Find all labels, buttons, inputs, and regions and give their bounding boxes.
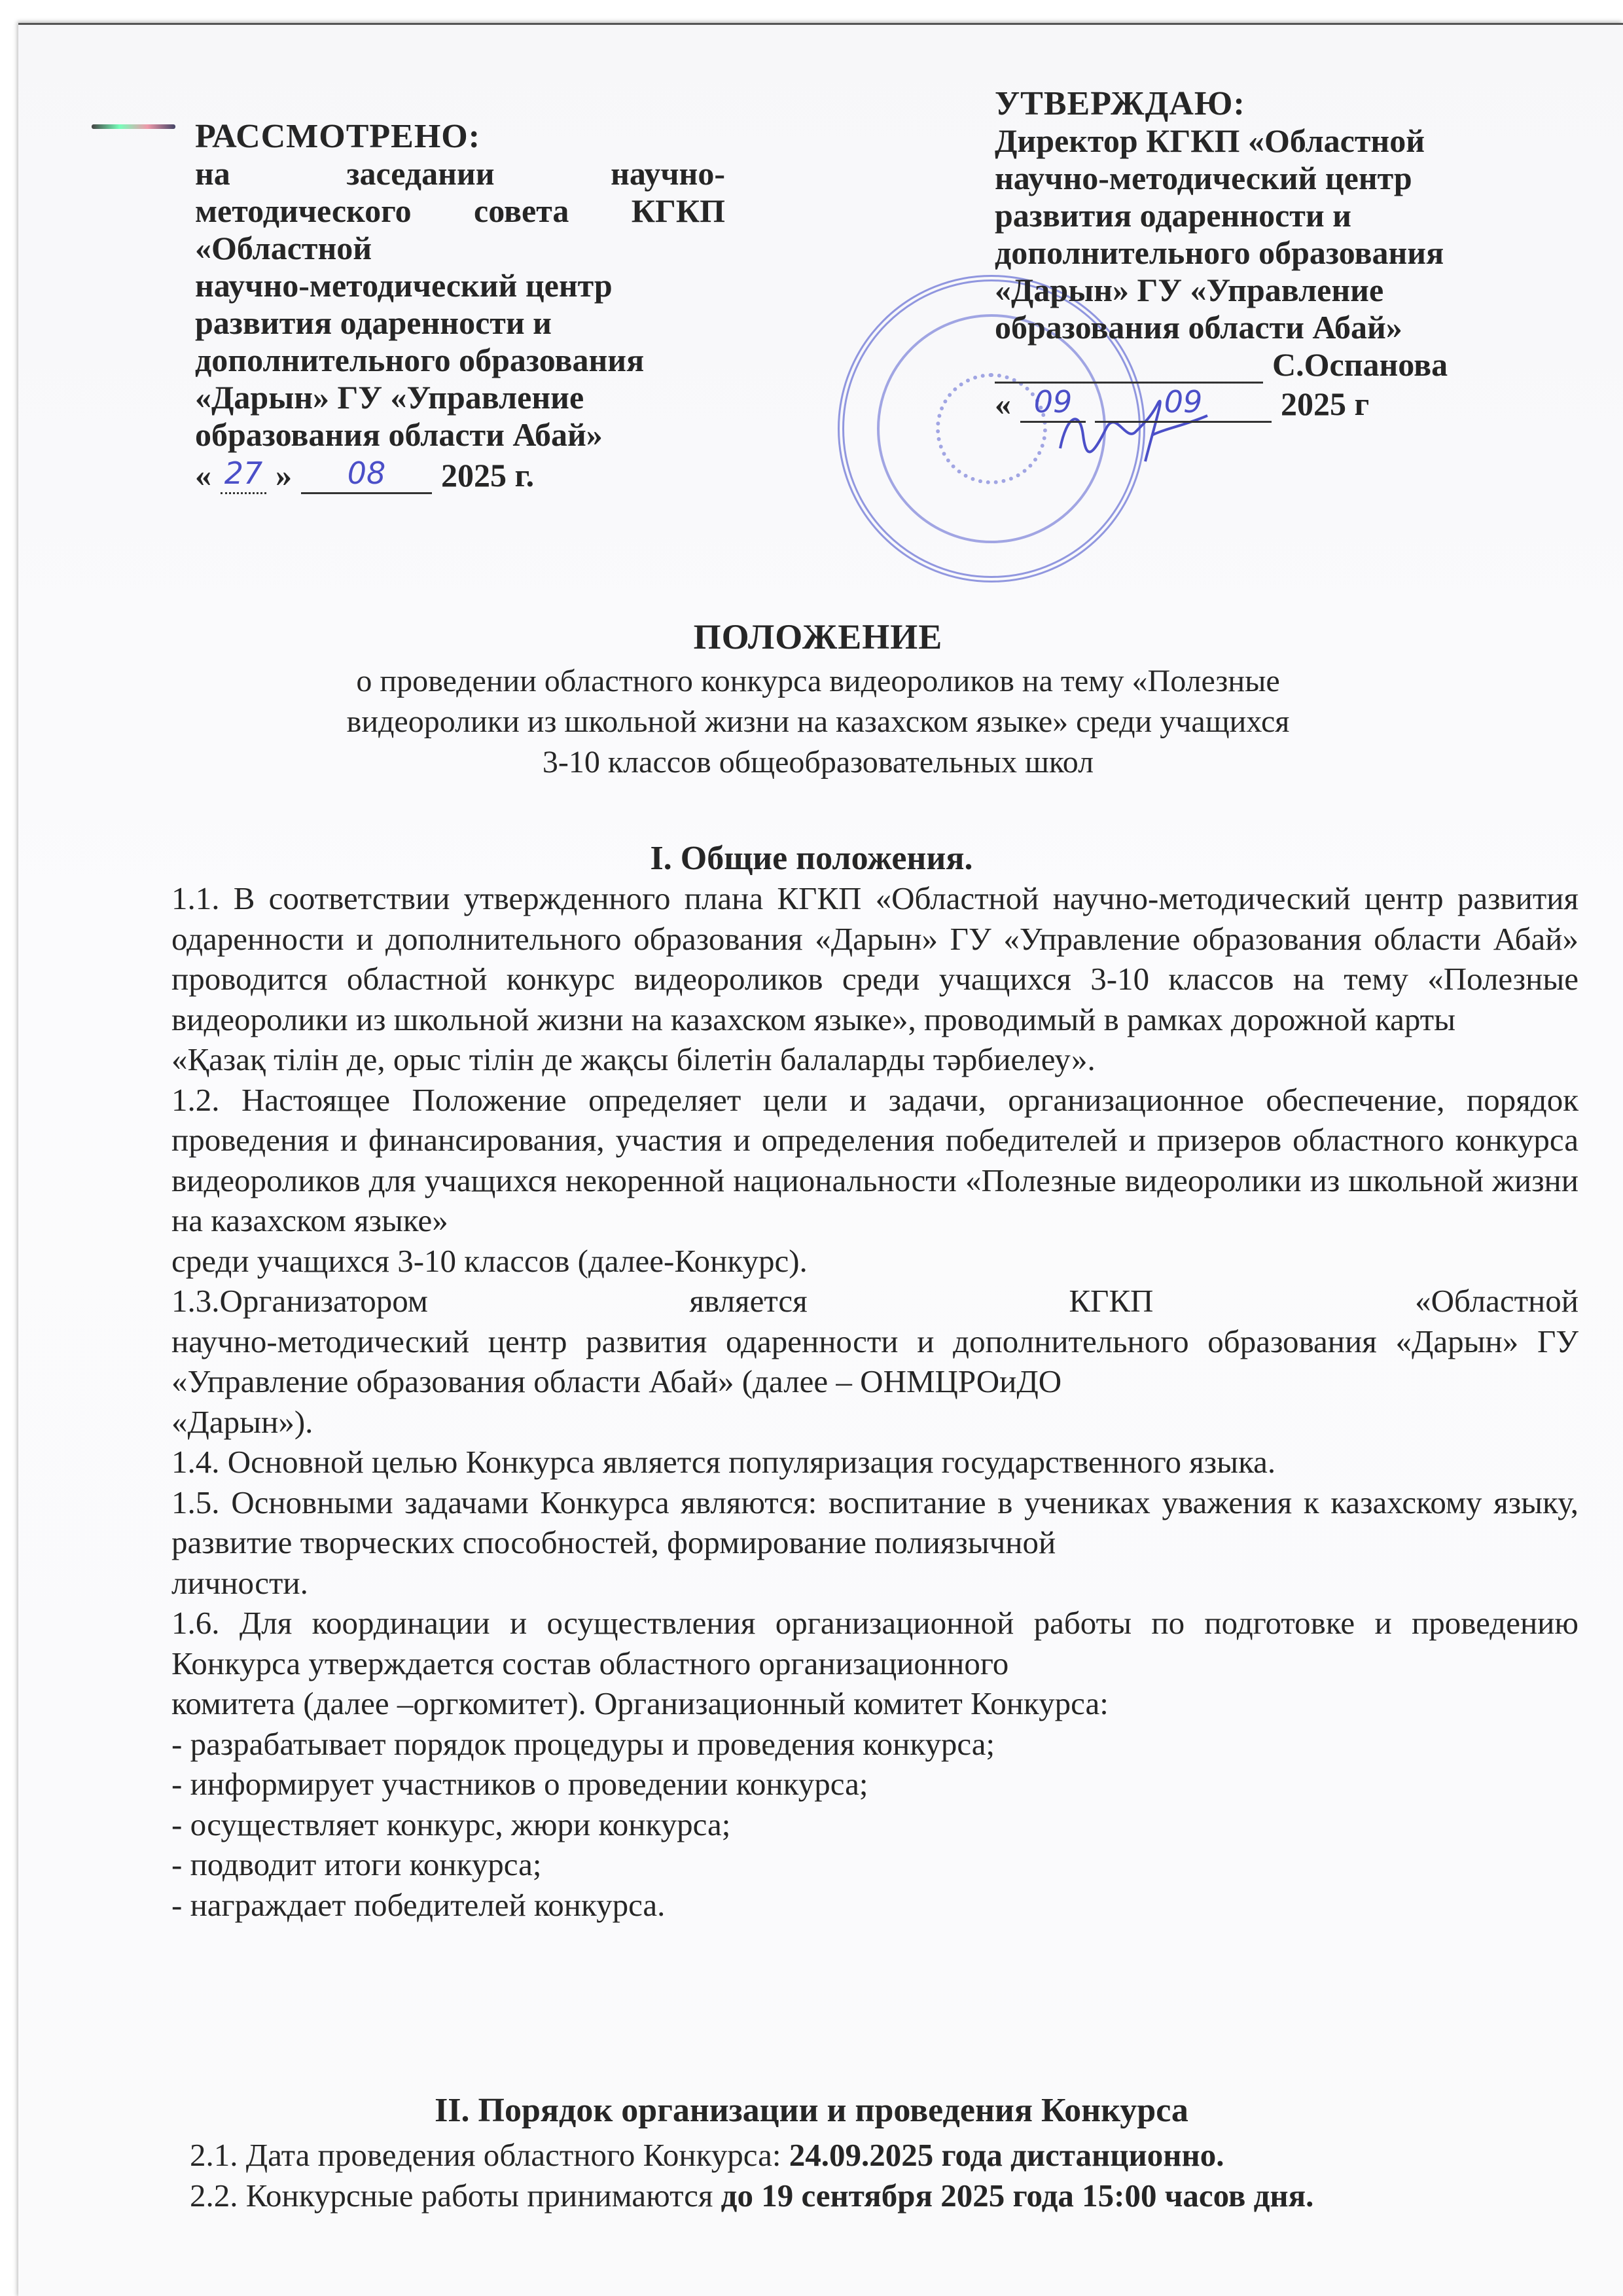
paragraph-2-1: 2.1. Дата проведения областного Конкурса… (190, 2135, 1597, 2176)
approved-line: «Дарын» ГУ «Управление (995, 272, 1531, 309)
reviewed-line: образования области Абай» (195, 416, 725, 454)
paragraph-1-4: 1.4. Основной целью Конкурса является по… (171, 1442, 1578, 1482)
list-item: - разрабатывает порядок процедуры и пров… (171, 1724, 1578, 1765)
reviewed-line: «Дарын» ГУ «Управление (195, 379, 725, 416)
paragraph-1-3: научно-методический центр развития одаре… (171, 1321, 1578, 1402)
approved-line: Директор КГКП «Областной (995, 122, 1531, 160)
approved-block: УТВЕРЖДАЮ: Директор КГКП «Областной науч… (995, 85, 1531, 423)
reviewed-line: «Областной (195, 230, 725, 267)
approved-line: дополнительного образования (995, 234, 1531, 272)
reviewed-line: развития одаренности и (195, 304, 725, 342)
reviewed-line: дополнительного образования (195, 342, 725, 379)
section-heading-general: I. Общие положения. (0, 839, 1623, 878)
signature-line: С.Оспанова (995, 346, 1531, 384)
word: научно- (611, 155, 725, 192)
list-item: - подводит итоги конкурса; (171, 1844, 1578, 1885)
approved-line: образования области Абай» (995, 309, 1531, 346)
word: совета (474, 192, 569, 230)
paragraph-2-1-text: 2.1. Дата проведения областного Конкурса… (190, 2137, 789, 2173)
approved-heading: УТВЕРЖДАЮ: (995, 85, 1531, 122)
subtitle-line: о проведении областного конкурса видеоро… (196, 661, 1440, 702)
paragraph-1-3-start: 1.3.Организатором является КГКП «Областн… (171, 1281, 1578, 1321)
section-procedure-body: 2.1. Дата проведения областного Конкурса… (190, 2135, 1597, 2215)
paragraph-1-2-end: среди учащихся 3-10 классов (далее-Конку… (171, 1241, 1578, 1282)
paragraph-1-2: 1.2. Настоящее Положение определяет цели… (171, 1080, 1578, 1241)
date-day: 09 (1020, 384, 1086, 423)
page-title: ПОЛОЖЕНИЕ (196, 617, 1440, 657)
section-general-body: 1.1. В соответствии утвержденного плана … (171, 878, 1578, 1925)
staple-mark (92, 124, 175, 129)
reviewed-line: на заседании научно- (195, 155, 725, 192)
document-subtitle: о проведении областного конкурса видеоро… (196, 661, 1440, 783)
approved-line: научно-методический центр (995, 160, 1531, 197)
paragraph-1-5: 1.5. Основными задачами Конкурса являютс… (171, 1482, 1578, 1563)
date-month: 09 (1095, 384, 1272, 423)
paragraph-2-2: 2.2. Конкурсные работы принимаются до 19… (190, 2176, 1597, 2216)
date-month: 08 (301, 455, 432, 494)
paragraph-1-1-end: «Қазақ тілін де, орыс тілін де жақсы біл… (171, 1039, 1578, 1080)
approved-line: развития одаренности и (995, 197, 1531, 234)
subtitle-line: видеоролики из школьной жизни на казахск… (196, 702, 1440, 742)
reviewed-date: «27» 08 2025 г. (195, 455, 725, 494)
word: на (195, 155, 230, 192)
paragraph-1-5-end: личности. (171, 1563, 1578, 1604)
word: заседании (346, 155, 494, 192)
word: КГКП (1069, 1281, 1153, 1321)
quote: « (195, 457, 211, 494)
signatory-name: С.Оспанова (1272, 346, 1448, 384)
word: «Областной (1415, 1281, 1578, 1321)
quote: « (995, 386, 1011, 423)
word: является (690, 1281, 808, 1321)
quote: » (276, 457, 292, 494)
submission-deadline: до 19 сентября 2025 года 15:00 часов дня… (721, 2178, 1314, 2214)
signature-field (995, 349, 1263, 384)
list-item: - информирует участников о проведении ко… (171, 1764, 1578, 1804)
reviewed-line: методического совета КГКП (195, 192, 725, 230)
reviewed-heading: РАССМОТРЕНО: (195, 118, 725, 155)
paragraph-1-1: 1.1. В соответствии утвержденного плана … (171, 878, 1578, 1039)
section-heading-procedure: II. Порядок организации и проведения Кон… (0, 2091, 1623, 2130)
paragraph-1-6: 1.6. Для координации и осуществления орг… (171, 1603, 1578, 1683)
word: 1.3.Организатором (171, 1281, 428, 1321)
paragraph-1-3-end: «Дарын»). (171, 1402, 1578, 1443)
date-year: 2025 г (1281, 386, 1369, 423)
date-day: 27 (221, 455, 266, 494)
approved-date: «09 09 2025 г (995, 384, 1531, 423)
contest-date: 24.09.2025 года дистанционно. (789, 2137, 1224, 2173)
reviewed-line: научно-методический центр (195, 267, 725, 304)
paragraph-2-2-text: 2.2. Конкурсные работы принимаются (190, 2178, 721, 2214)
subtitle-line: 3-10 классов общеобразовательных школ (196, 742, 1440, 783)
reviewed-block: РАССМОТРЕНО: на заседании научно- методи… (195, 118, 725, 494)
list-item: - награждает победителей конкурса. (171, 1885, 1578, 1926)
paragraph-1-6-end: комитета (далее –оргкомитет). Организаци… (171, 1683, 1578, 1724)
list-item: - осуществляет конкурс, жюри конкурса; (171, 1804, 1578, 1845)
word: КГКП (632, 192, 725, 230)
word: методического (195, 192, 412, 230)
date-year: 2025 г. (441, 457, 534, 494)
